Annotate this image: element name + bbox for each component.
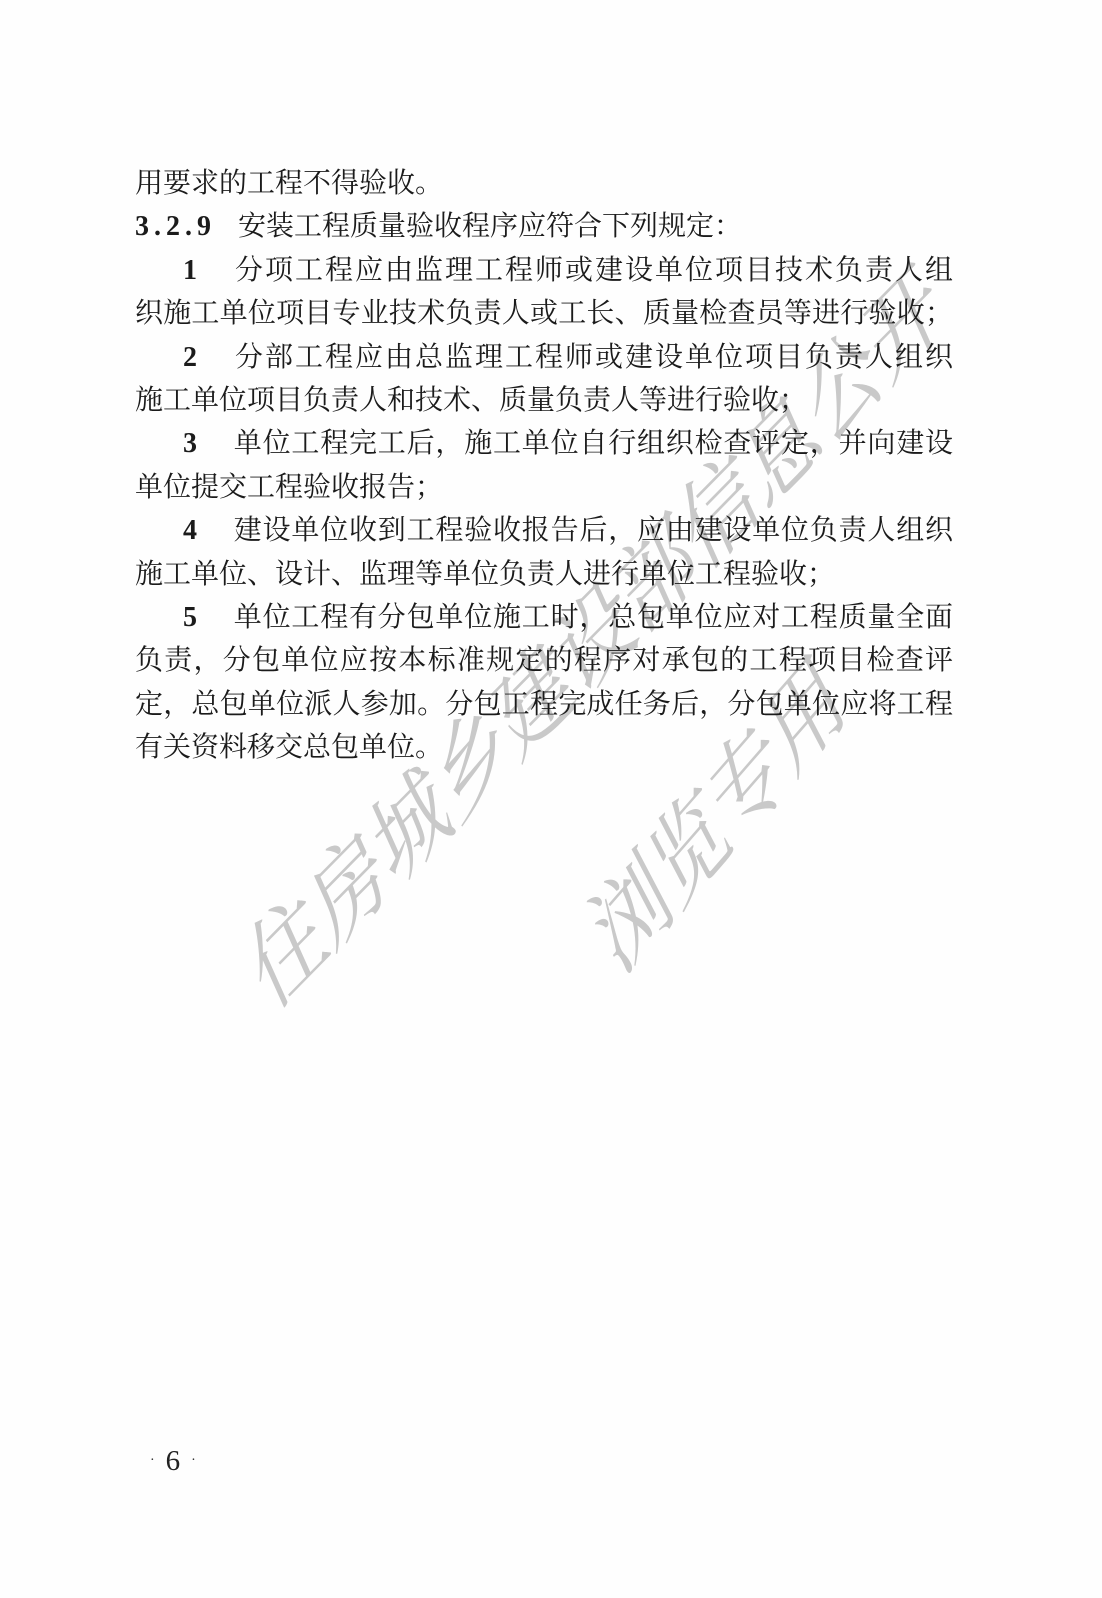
body-line: 单位提交工程验收报告； (135, 466, 953, 509)
item-text: 单位工程完工后，施工单位自行组织检查评定，并向建设 (233, 428, 953, 459)
body-line: 定，总包单位派人参加。分包工程完成任务后，分包单位应将工程 (135, 683, 953, 726)
body-line-item: 5单位工程有分包单位施工时，总包单位应对工程质量全面 (135, 596, 953, 639)
body-line: 有关资料移交总包单位。 (135, 726, 953, 769)
body-line: 用要求的工程不得验收。 (135, 162, 953, 205)
document-page: 住房城乡建设部信息公开 浏览专用 用要求的工程不得验收。 3.2.9安装工程质量… (0, 0, 1102, 1598)
body-text: 用要求的工程不得验收。 3.2.9安装工程质量验收程序应符合下列规定： 1分项工… (135, 162, 953, 770)
body-line-item: 2分部工程应由总监理工程师或建设单位项目负责人组织 (135, 336, 953, 379)
page-number-footer: · 6 · (150, 1446, 196, 1476)
item-number: 3 (183, 428, 197, 459)
item-number: 1 (183, 255, 197, 286)
body-line-item: 1分项工程应由监理工程师或建设单位项目技术负责人组 (135, 249, 953, 292)
clause-title: 安装工程质量验收程序应符合下列规定： (238, 211, 742, 242)
footer-dot-right: · (191, 1446, 196, 1476)
body-line: 织施工单位项目专业技术负责人或工长、质量检查员等进行验收； (135, 292, 953, 335)
footer-dot-left: · (150, 1446, 155, 1476)
item-text: 分项工程应由监理工程师或建设单位项目技术负责人组 (233, 255, 953, 286)
item-number: 4 (183, 515, 197, 546)
body-line-item: 3单位工程完工后，施工单位自行组织检查评定，并向建设 (135, 422, 953, 465)
item-number: 2 (183, 342, 197, 373)
body-line: 负责，分包单位应按本标准规定的程序对承包的工程项目检查评 (135, 639, 953, 682)
clause-number: 3.2.9 (135, 211, 216, 242)
body-line: 施工单位项目负责人和技术、质量负责人等进行验收； (135, 379, 953, 422)
item-text: 建设单位收到工程验收报告后，应由建设单位负责人组织 (233, 515, 953, 546)
item-number: 5 (183, 602, 197, 633)
body-line-item: 4建设单位收到工程验收报告后，应由建设单位负责人组织 (135, 509, 953, 552)
page-number: 6 (166, 1446, 181, 1476)
body-line: 施工单位、设计、监理等单位负责人进行单位工程验收； (135, 553, 953, 596)
item-text: 单位工程有分包单位施工时，总包单位应对工程质量全面 (233, 602, 953, 633)
item-text: 分部工程应由总监理工程师或建设单位项目负责人组织 (233, 342, 953, 373)
body-line-clause: 3.2.9安装工程质量验收程序应符合下列规定： (135, 205, 953, 248)
